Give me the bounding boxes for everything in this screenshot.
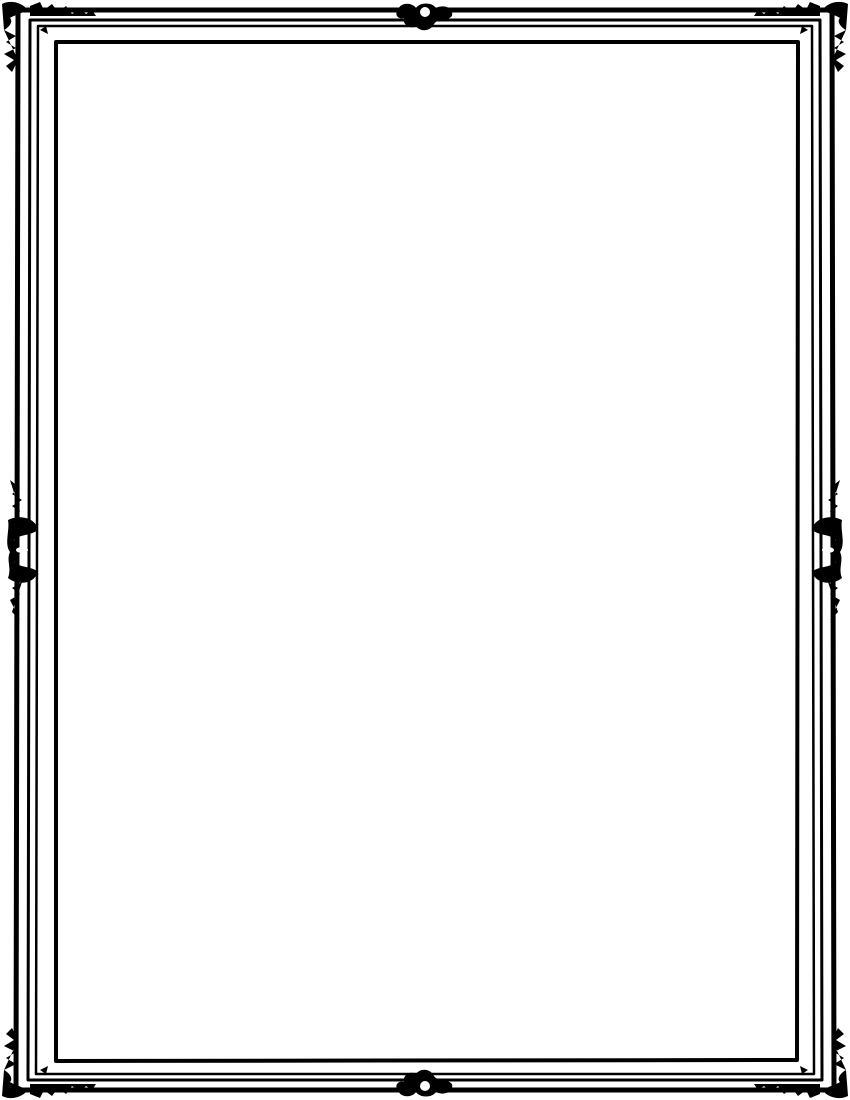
page-content-area (58, 44, 796, 1058)
left-middle-ornament (7, 480, 38, 620)
right-middle-ornament (812, 480, 843, 620)
